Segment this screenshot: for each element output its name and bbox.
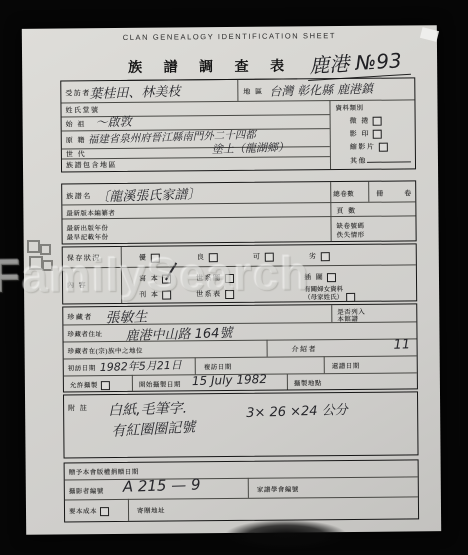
- form-title: 族 譜 調 查 表: [120, 55, 297, 81]
- origin-handwriting-line2: 塗上（龍湖鄉）: [212, 139, 289, 157]
- microfilm-checkbox: [373, 117, 382, 126]
- preservation-label: 保存狀況: [67, 253, 101, 263]
- genealogy-title-label: 族譜名: [66, 191, 92, 201]
- illustration-checkbox: [327, 273, 336, 282]
- copy-cost: 要本成本: [69, 506, 109, 516]
- scan-background: CLAN GENEALOGY IDENTIFICATION SHEET 族 譜 …: [0, 0, 468, 555]
- material-type-label: 資料類別: [335, 103, 363, 112]
- women-info-checkbox: [346, 293, 355, 302]
- grade-good: 良: [197, 252, 218, 262]
- photographer-no-handwriting: A 215 — 9: [123, 475, 201, 495]
- content-lineage-table: 世系表: [196, 289, 234, 299]
- grade-poor-checkbox: [320, 252, 329, 261]
- area-handwriting: 台灣 彰化縣 鹿港鎮: [269, 80, 373, 100]
- numbering-block: 贈予本會版權捐贈日期 攝影者編號 A 215 — 9 家譜學會編號 要本成本 寄…: [64, 459, 420, 522]
- missing-condition-label: 佚失情形: [337, 230, 365, 239]
- society-no-label: 家譜學會編號: [257, 484, 299, 493]
- sheet-title-en: CLAN GENEALOGY IDENTIFICATION SHEET: [22, 30, 437, 43]
- notes-label: 附 註: [68, 403, 88, 413]
- origin-label: 原 籍: [66, 135, 86, 145]
- volume-unit-ce: 冊: [376, 189, 385, 199]
- missing-volumes-label: 缺卷號碼: [336, 221, 364, 230]
- photocopy-checkbox: [373, 130, 382, 139]
- notes-size-handwriting: 3× 26 ×24 公分: [246, 399, 348, 421]
- printed-checkbox: [162, 290, 171, 299]
- first-ancestor-handwriting: 〜啟敦: [95, 112, 132, 130]
- film-permission-checkbox: [101, 381, 110, 390]
- material-option-other: 其他: [350, 154, 411, 166]
- earliest-record-label: 最早記載年份: [67, 232, 109, 241]
- doc-number-handwriting: 鹿港 №93: [306, 44, 410, 81]
- other-blank-line: [367, 154, 411, 162]
- content-lineage-chart: 世系圖: [196, 273, 234, 283]
- return-date-label: 還譜日期: [332, 361, 360, 370]
- material-option-microfiche: 縮影片: [350, 142, 388, 152]
- photographer-no-label: 攝影者編號: [69, 486, 104, 495]
- notes-handwriting-line2: 有紅圈圈記號: [111, 417, 196, 441]
- first-visit-handwriting: 1982年5月21日: [100, 357, 182, 375]
- microfiche-checkbox: [378, 143, 387, 152]
- grade-fair: 可: [253, 252, 274, 262]
- grade-excellent-checkbox: [150, 254, 159, 263]
- revisit-label: 複訪日期: [204, 362, 232, 371]
- survey-block: 受訪者 葉桂田、林美枝 地 區 台灣 彰化縣 鹿港鎮 姓氏堂號 始 祖 〜啟敦 …: [60, 77, 416, 172]
- coverage-label: 族譜包含地區: [66, 160, 117, 170]
- lineage-chart-checkbox: [224, 274, 233, 283]
- grade-fair-checkbox: [264, 253, 273, 262]
- lineage-table-checkbox: [225, 290, 234, 299]
- content-printed: 刊 本: [139, 290, 171, 300]
- material-option-photocopy: 影 印: [350, 129, 382, 139]
- grade-excellent: 優: [139, 253, 160, 263]
- familysearch-logo-watermark: [27, 240, 53, 280]
- owner-address-handwriting: 鹿港中山路 164號: [125, 322, 232, 344]
- genealogy-title-handwriting: 〔龍溪張氏家譜〕: [96, 183, 201, 205]
- volume-unit-juan: 卷: [404, 188, 413, 198]
- genealogy-block: 族譜名 〔龍溪張氏家譜〕 總卷數 冊 卷 最新版本編纂者 頁 數 最新出版年份 …: [61, 180, 417, 244]
- paper-sheet: CLAN GENEALOGY IDENTIFICATION SHEET 族 譜 …: [22, 25, 441, 535]
- owner-label: 珍藏者: [67, 312, 93, 322]
- contents-label: 內 容: [67, 280, 87, 290]
- copyright-grant-label: 贈予本會版權捐贈日期: [69, 467, 139, 477]
- notes-block: 附 註 白紙,毛筆字. 3× 26 ×24 公分 有紅圈圈記號: [63, 391, 419, 458]
- material-option-microfilm: 微 捲: [350, 116, 382, 126]
- content-illustration: 插 圖: [304, 272, 336, 282]
- publication-year-label: 最新出版年份: [67, 223, 109, 232]
- mailing-address-label: 寄贈地址: [137, 506, 165, 515]
- pages-label: 頁 數: [336, 206, 356, 216]
- interviewee-handwriting: 葉桂田、林美枝: [89, 80, 181, 102]
- compiler-label: 最新版本編纂者: [66, 208, 115, 217]
- introducer-handwriting: 11: [393, 337, 410, 352]
- first-ancestor-label: 始 祖: [66, 119, 86, 129]
- introducer-label: 介紹者: [292, 344, 318, 354]
- clan-position-label: 珍藏者在(宗)族中之地位: [68, 346, 143, 356]
- form-title-row: 族 譜 調 查 表鹿港 №93: [120, 46, 410, 81]
- film-permission: 允許攝製: [70, 380, 110, 390]
- first-visit-label: 初訪日期: [68, 363, 96, 372]
- owner-address-label: 珍藏者住址: [67, 329, 102, 338]
- content-women-line2: （母家姓氏）: [304, 292, 355, 302]
- scan-smudge: [226, 520, 346, 550]
- condition-block: 保存狀況 優 良 可 劣 內 容 寫 本 世系圖 插 圖 刊 本 世系表 有關婦…: [62, 243, 417, 304]
- film-place-label: 攝製地點: [294, 378, 322, 387]
- copy-cost-checkbox: [100, 507, 109, 516]
- film-start-label: 開始攝製日期: [139, 379, 181, 388]
- owner-block: 珍藏者 張敏生 是否列入 本館譜 珍藏者住址 鹿港中山路 164號 珍藏者在(宗…: [62, 303, 418, 392]
- area-label: 地 區: [243, 87, 263, 97]
- film-start-handwriting: 15 July 1982: [192, 372, 267, 388]
- generations-label: 世 代: [66, 149, 86, 159]
- grade-good-checkbox: [208, 253, 217, 262]
- interviewee-label: 受訪者: [65, 88, 91, 98]
- listed-label-line2: 本館譜: [337, 314, 358, 323]
- total-volumes-label: 總卷數: [333, 189, 354, 198]
- grade-poor: 劣: [309, 251, 330, 261]
